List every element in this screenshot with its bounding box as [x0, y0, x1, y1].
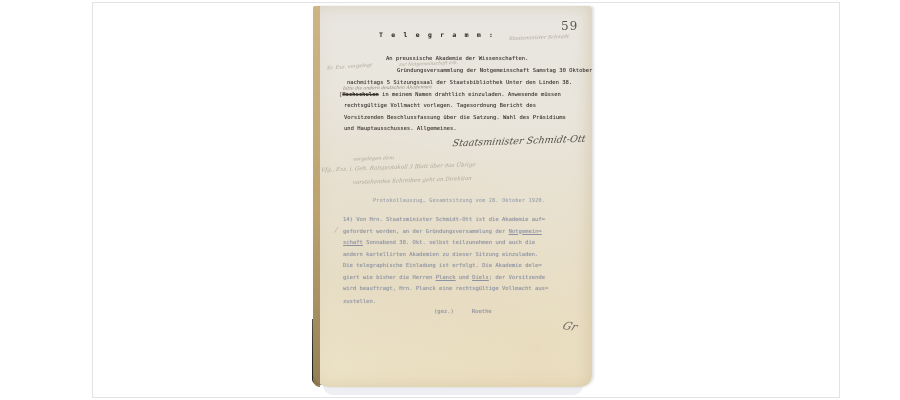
- telegram-line-2: Gründungsversammlung der Notgemeinschaft…: [397, 69, 592, 75]
- page-edge: [313, 6, 320, 387]
- carbon-line-5: Die telegraphische Einladung ist erfolgt…: [343, 264, 542, 270]
- carbon-line-6-post: ; der Vorsitzende: [489, 275, 545, 281]
- pencil-slash-mark: /: [334, 227, 337, 234]
- carbon-line-8: zustellen.: [343, 300, 376, 306]
- gez-abbreviation: (gez.): [434, 309, 454, 315]
- telegram-line-7: und Hauptausschusses. Allgemeines.: [344, 127, 457, 133]
- struck-word-hochschulen: Hochschulen: [342, 92, 378, 98]
- handwritten-signature: Staatsminister Schmidt-Ott: [452, 135, 587, 149]
- carbon-line-6: giert wie bisher die Herren Planck und D…: [343, 276, 545, 282]
- pencil-block-line-1: vorgelegen dem: [353, 156, 395, 162]
- carbon-signer-name: Roethe: [472, 309, 492, 315]
- carbon-line-2-text: gefordert worden, an der Gründungsversam…: [343, 229, 509, 235]
- viewer-panel: 59 T e l e g r a m m : Staatsminister Sc…: [92, 2, 840, 398]
- protokoll-reference-line: Protokollauszug, Gesamtsitzung vom 28. O…: [373, 199, 545, 204]
- carbon-line-3: schaft Sonnabend 30. Okt. selbst teilzun…: [343, 241, 535, 247]
- document-title: T e l e g r a m m :: [379, 32, 495, 39]
- carbon-line-6-text: giert wie bisher die Herren: [343, 275, 436, 281]
- page-number: 59: [561, 20, 578, 32]
- telegram-line-4-rest: in meinem Namen drahtlich einzuladen. An…: [379, 92, 561, 98]
- telegram-line-6: Vorsitzenden Beschlussfassung über die S…: [344, 116, 566, 122]
- pencil-block-line-2: z. Vfg., Exz. i. Geh. Ratsprotokoll 3 Bl…: [314, 163, 476, 174]
- underlined-word-notgemein: Notgemein=: [509, 229, 542, 235]
- pencil-block-line-3: vorstehendes Schreiben geht an Direktion: [352, 177, 472, 187]
- handwritten-initials: Gr: [561, 320, 579, 332]
- telegram-line-5: rechtsgültige Vollmacht vorlegen. Tageso…: [344, 104, 536, 110]
- pencil-margin-note: Sr. Exz. vorgelegt: [327, 63, 373, 71]
- underlined-name-planck: Planck: [436, 275, 456, 281]
- carbon-line-4: andern kartellirten Akademien zu dieser …: [343, 253, 538, 259]
- screenshot-background: { "doc": { "page_number": "59", "title":…: [0, 0, 900, 400]
- telegram-line-4: [Hochschulen in meinem Namen drahtlich e…: [339, 93, 561, 99]
- carbon-line-3-text: Sonnabend 30. Okt. selbst teilzunehmen u…: [363, 240, 535, 246]
- carbon-line-7: wird beauftragt, Hrn. Planck eine rechts…: [343, 287, 548, 293]
- underlined-word-schaft: schaft: [343, 240, 363, 246]
- pencil-note-top-right: Staatsminister Schmidt: [508, 35, 569, 42]
- carbon-line-1: 14) Von Hrn. Staatsminister Schmidt-Ott …: [343, 218, 545, 224]
- document-page: 59 T e l e g r a m m : Staatsminister Sc…: [313, 6, 592, 387]
- underlined-name-diels: Diels: [472, 275, 489, 281]
- carbon-signature-line: (gez.)Roethe: [434, 310, 492, 316]
- carbon-line-6-mid: und: [456, 275, 473, 281]
- carbon-line-2: gefordert worden, an der Gründungsversam…: [343, 230, 542, 236]
